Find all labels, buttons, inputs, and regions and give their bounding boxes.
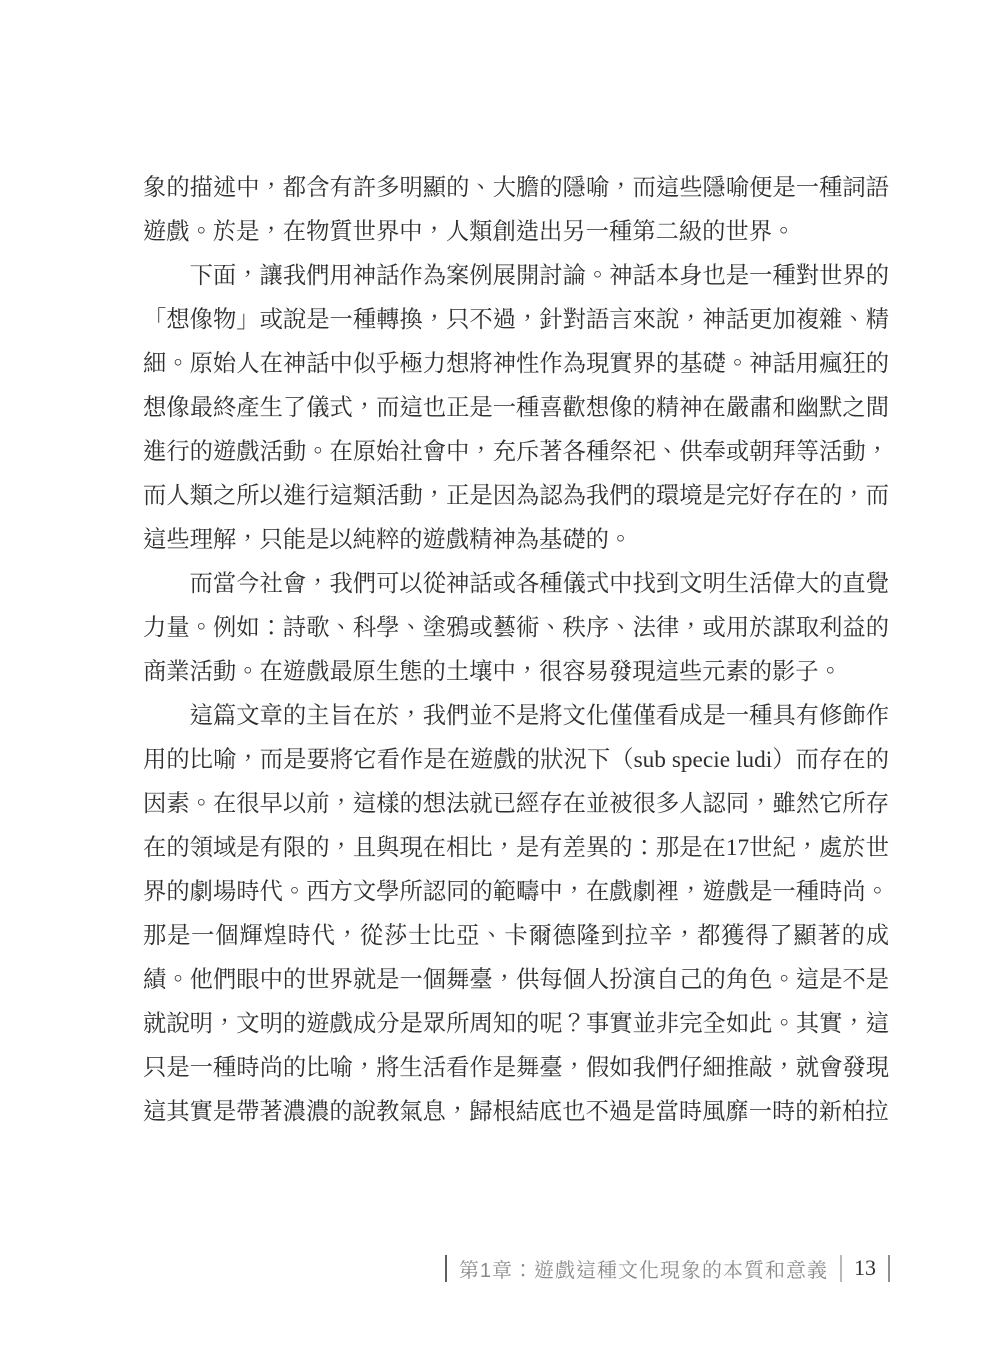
paragraph: 象的描述中，都含有許多明顯的、大膽的隱喻，而這些隱喻便是一種詞語遊戲。於是，在物… <box>143 166 889 254</box>
page-number: 13 <box>854 1255 876 1281</box>
footer-chapter-title: 第1章：遊戲這種文化現象的本質和意義 <box>459 1254 828 1283</box>
footer-divider <box>888 1255 890 1282</box>
page-footer: 第1章：遊戲這種文化現象的本質和意義 13 <box>445 1249 890 1287</box>
paragraph: 而當今社會，我們可以從神話或各種儀式中找到文明生活偉大的直覺力量。例如：詩歌、科… <box>143 562 889 694</box>
footer-divider <box>840 1255 842 1282</box>
paragraph: 這篇文章的主旨在於，我們並不是將文化僅僅看成是一種具有修飾作用的比喻，而是要將它… <box>143 694 889 1134</box>
footer-divider <box>445 1255 447 1282</box>
book-page: 象的描述中，都含有許多明顯的、大膽的隱喻，而這些隱喻便是一種詞語遊戲。於是，在物… <box>0 0 1000 1353</box>
page-text: 象的描述中，都含有許多明顯的、大膽的隱喻，而這些隱喻便是一種詞語遊戲。於是，在物… <box>143 166 889 1134</box>
paragraph: 下面，讓我們用神話作為案例展開討論。神話本身也是一種對世界的「想像物」或說是一種… <box>143 254 889 562</box>
